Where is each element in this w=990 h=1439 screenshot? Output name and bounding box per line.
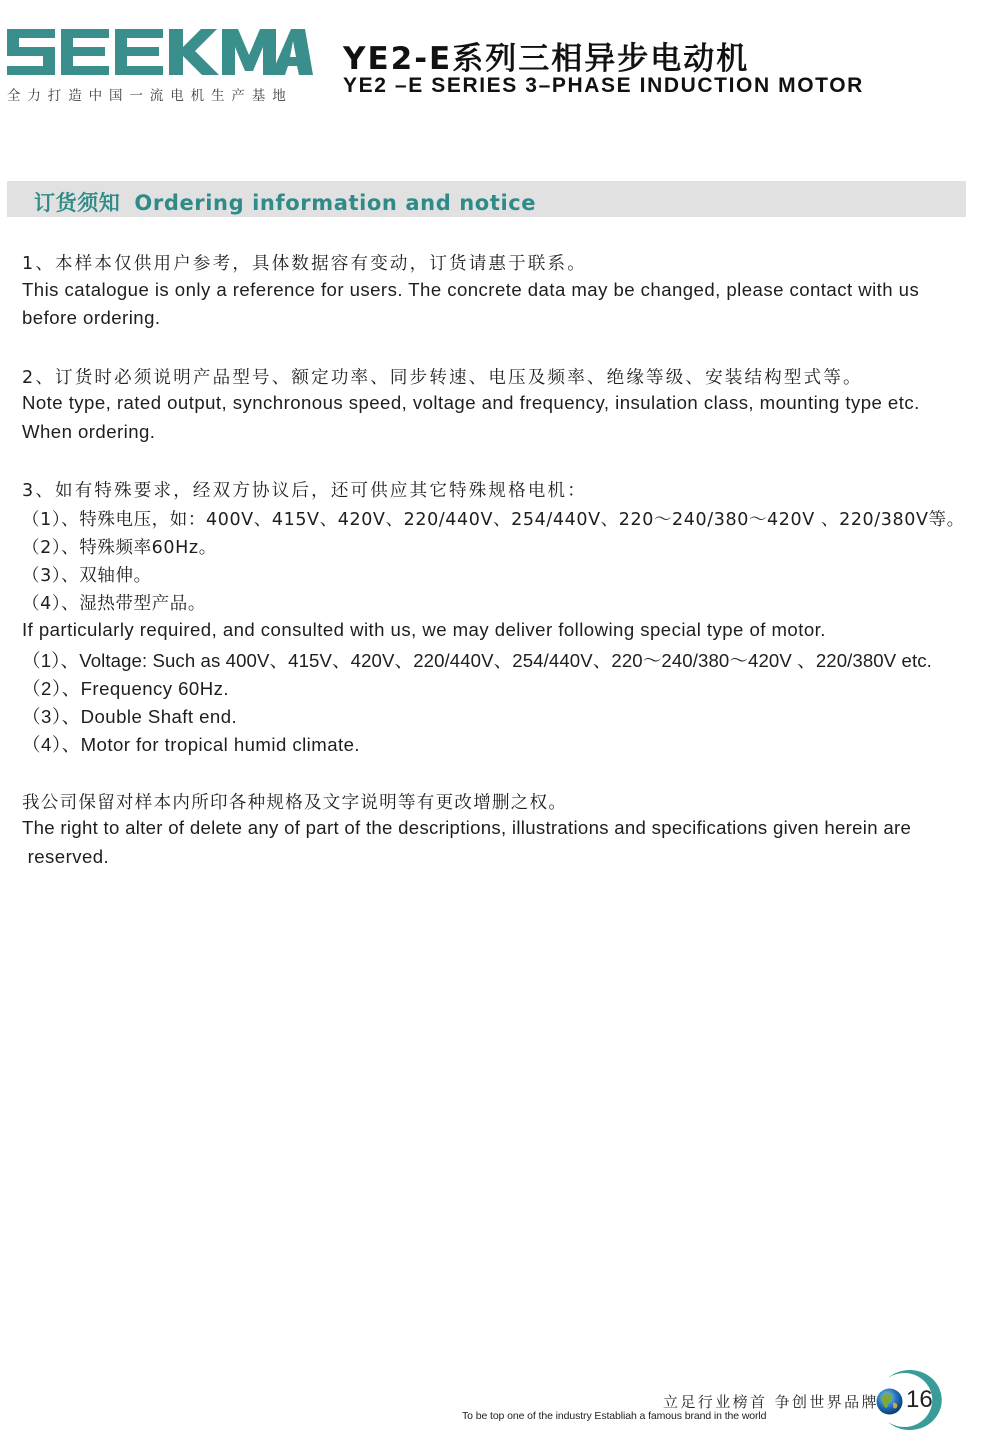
item1-en-line1: This catalogue is only a reference for u… bbox=[22, 279, 919, 301]
globe-icon bbox=[876, 1388, 903, 1415]
item3-cn-subitem-1: （1）、特殊电压，如：400V、415V、420V、220/440V、254/4… bbox=[22, 506, 965, 531]
page-number: 16 bbox=[906, 1386, 933, 1414]
item3-cn-subitem-4: （4）、湿热带型产品。 bbox=[22, 590, 206, 615]
item2-en-line1: Note type, rated output, synchronous spe… bbox=[22, 392, 920, 414]
footer-slogan-cn: 立足行业榜首 争创世界品牌 bbox=[663, 1391, 879, 1412]
footer-slogan-en: To be top one of the industry Establiah … bbox=[462, 1410, 766, 1422]
item2-en-line2: When ordering. bbox=[22, 421, 155, 443]
notice-en-line2: reserved. bbox=[22, 846, 109, 868]
brand-slogan: 全力打造中国一流电机生产基地 bbox=[7, 84, 293, 104]
notice-cn: 我公司保留对样本内所印各种规格及文字说明等有更改增删之权。 bbox=[22, 789, 567, 814]
section-header-bar: 订货须知Ordering information and notice bbox=[7, 181, 966, 217]
item3-en-subitem-1: （1）、Voltage: Such as 400V、415V、420V、220/… bbox=[22, 647, 932, 673]
item3-cn: 3、如有特殊要求，经双方协议后，还可供应其它特殊规格电机： bbox=[22, 477, 587, 502]
page-title-en: YE2 –E SERIES 3–PHASE INDUCTION MOTOR bbox=[343, 74, 864, 98]
item3-en: If particularly required, and consulted … bbox=[22, 619, 826, 641]
seekma-logo-icon bbox=[7, 29, 313, 75]
notice-en-line1: The right to alter of delete any of part… bbox=[22, 817, 911, 839]
section-title-en: Ordering information and notice bbox=[134, 191, 536, 215]
page-title-cn: YE2-E系列三相异步电动机 bbox=[343, 33, 749, 78]
brand-logo bbox=[7, 29, 313, 75]
item1-cn: 1、本样本仅供用户参考，具体数据容有变动，订货请惠于联系。 bbox=[22, 250, 587, 275]
item3-en-subitem-2: （2）、Frequency 60Hz. bbox=[22, 675, 229, 701]
item3-en-subitem-3: （3）、Double Shaft end. bbox=[22, 703, 237, 729]
item2-cn: 2、订货时必须说明产品型号、额定功率、同步转速、电压及频率、绝缘等级、安装结构型… bbox=[22, 364, 863, 389]
item1-en-line2: before ordering. bbox=[22, 307, 160, 329]
section-title: 订货须知Ordering information and notice bbox=[34, 187, 536, 217]
section-title-cn: 订货须知 bbox=[34, 191, 120, 215]
item3-cn-subitem-3: （3）、双轴伸。 bbox=[22, 562, 152, 587]
item3-cn-subitem-2: （2）、特殊频率60Hz。 bbox=[22, 534, 217, 559]
item3-en-subitem-4: （4）、Motor for tropical humid climate. bbox=[22, 731, 360, 757]
